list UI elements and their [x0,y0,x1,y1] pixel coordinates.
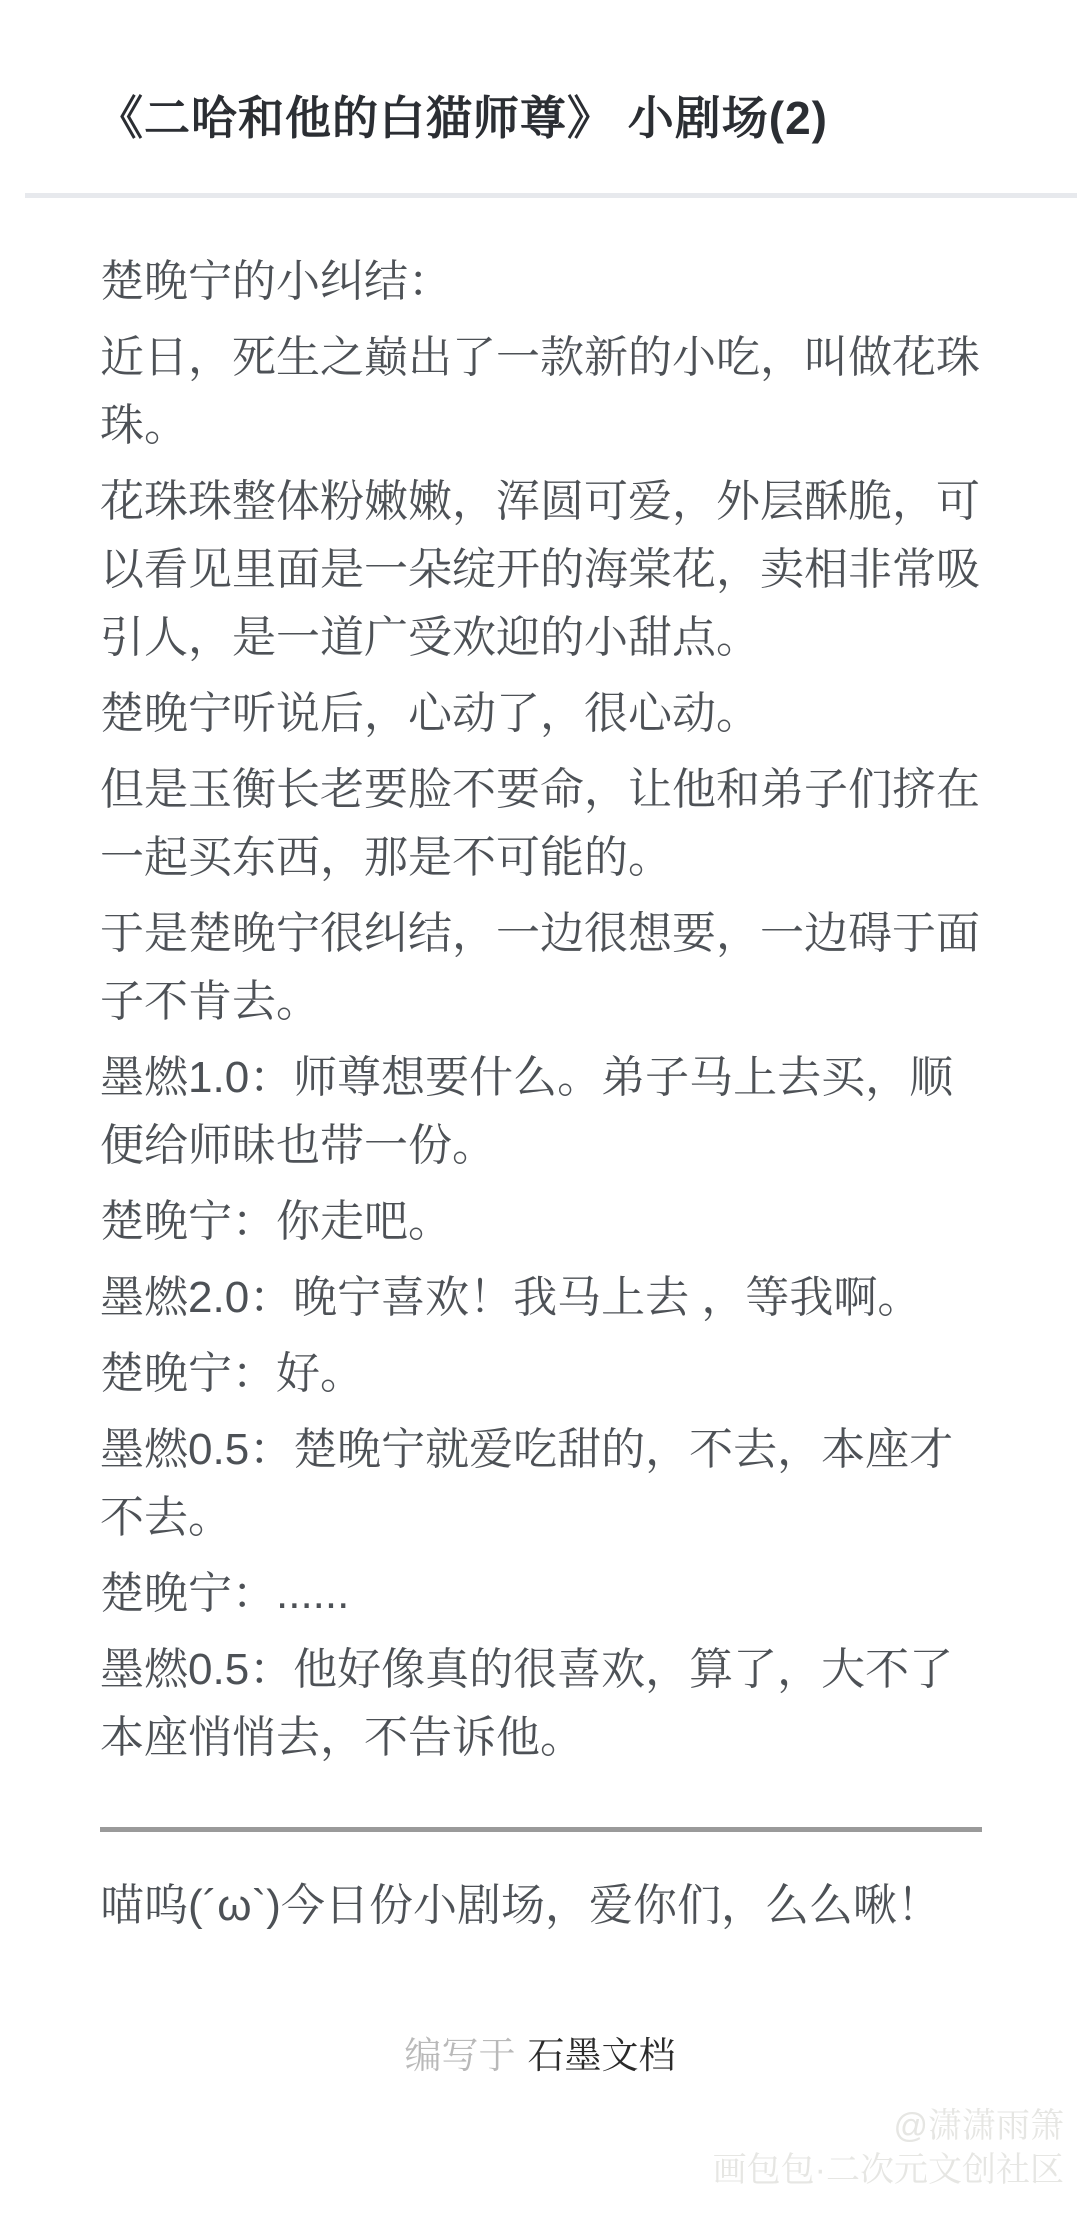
paragraph: 墨燃0.5：他好像真的很喜欢，算了，大不了本座悄悄去，不告诉他。 [100,1636,1000,1772]
closing-note: 喵呜(´ω`)今日份小剧场，爱你们，么么啾！ [0,1832,1080,1940]
body-line: 不去。 [100,1484,1000,1552]
body-line: 墨燃0.5：楚晚宁就爱吃甜的，不去，本座才 [100,1416,1000,1484]
body-line: 墨燃0.5：他好像真的很喜欢，算了，大不了 [100,1636,1000,1704]
body-line: 楚晚宁的小纠结： [100,248,1000,316]
body-line: 花珠珠整体粉嫩嫩，浑圆可爱，外层酥脆，可 [100,468,1000,536]
body-line: 近日，死生之巅出了一款新的小吃，叫做花珠 [100,324,1000,392]
body-line: 但是玉衡长老要脸不要命，让他和弟子们挤在 [100,756,1000,824]
footer-app-name: 石墨文档 [528,2035,676,2076]
footer: 编写于石墨文档 [0,2032,1080,2080]
paragraph: 墨燃1.0：师尊想要什么。弟子马上去买，顺便给师昧也带一份。 [100,1044,1000,1180]
body-line: 于是楚晚宁很纠结，一边很想要，一边碍于面 [100,900,1000,968]
watermark-community: 画包包·二次元文创社区 [713,2148,1064,2192]
body-line: 珠。 [100,392,1000,460]
body-paragraphs: 楚晚宁的小纠结：近日，死生之巅出了一款新的小吃，叫做花珠珠。花珠珠整体粉嫩嫩，浑… [0,198,1080,1772]
paragraph: 楚晚宁的小纠结： [100,248,1000,316]
footer-prefix-label: 编写于 [405,2035,516,2076]
body-line: 子不肯去。 [100,968,1000,1036]
body-line: 一起买东西，那是不可能的。 [100,824,1000,892]
body-line: 引人，是一道广受欢迎的小甜点。 [100,604,1000,672]
body-line: 墨燃2.0：晚宁喜欢！我马上去 ，等我啊。 [100,1264,1000,1332]
paragraph: 但是玉衡长老要脸不要命，让他和弟子们挤在一起买东西，那是不可能的。 [100,756,1000,892]
paragraph: 近日，死生之巅出了一款新的小吃，叫做花珠珠。 [100,324,1000,460]
body-line: 本座悄悄去，不告诉他。 [100,1704,1000,1772]
paragraph: 楚晚宁：...... [100,1560,1000,1628]
watermark-author: @潇潇雨箫 [713,2104,1064,2148]
document-page: 《二哈和他的白猫师尊》 小剧场(2) 楚晚宁的小纠结：近日，死生之巅出了一款新的… [0,0,1080,2214]
body-line: 便给师昧也带一份。 [100,1112,1000,1180]
paragraph: 花珠珠整体粉嫩嫩，浑圆可爱，外层酥脆，可以看见里面是一朵绽开的海棠花，卖相非常吸… [100,468,1000,672]
paragraph: 于是楚晚宁很纠结，一边很想要，一边碍于面子不肯去。 [100,900,1000,1036]
paragraph: 楚晚宁：你走吧。 [100,1188,1000,1256]
paragraph: 楚晚宁听说后，心动了，很心动。 [100,680,1000,748]
body-line: 楚晚宁：好。 [100,1340,1000,1408]
paragraph: 墨燃0.5：楚晚宁就爱吃甜的，不去，本座才不去。 [100,1416,1000,1552]
paragraph: 墨燃2.0：晚宁喜欢！我马上去 ，等我啊。 [100,1264,1000,1332]
watermark: @潇潇雨箫 画包包·二次元文创社区 [713,2104,1064,2192]
body-line: 墨燃1.0：师尊想要什么。弟子马上去买，顺 [100,1044,1000,1112]
body-line: 楚晚宁听说后，心动了，很心动。 [100,680,1000,748]
body-line: 楚晚宁：你走吧。 [100,1188,1000,1256]
body-line: 楚晚宁：...... [100,1560,1000,1628]
body-line: 以看见里面是一朵绽开的海棠花，卖相非常吸 [100,536,1000,604]
page-title: 《二哈和他的白猫师尊》 小剧场(2) [0,0,1080,148]
paragraph: 楚晚宁：好。 [100,1340,1000,1408]
